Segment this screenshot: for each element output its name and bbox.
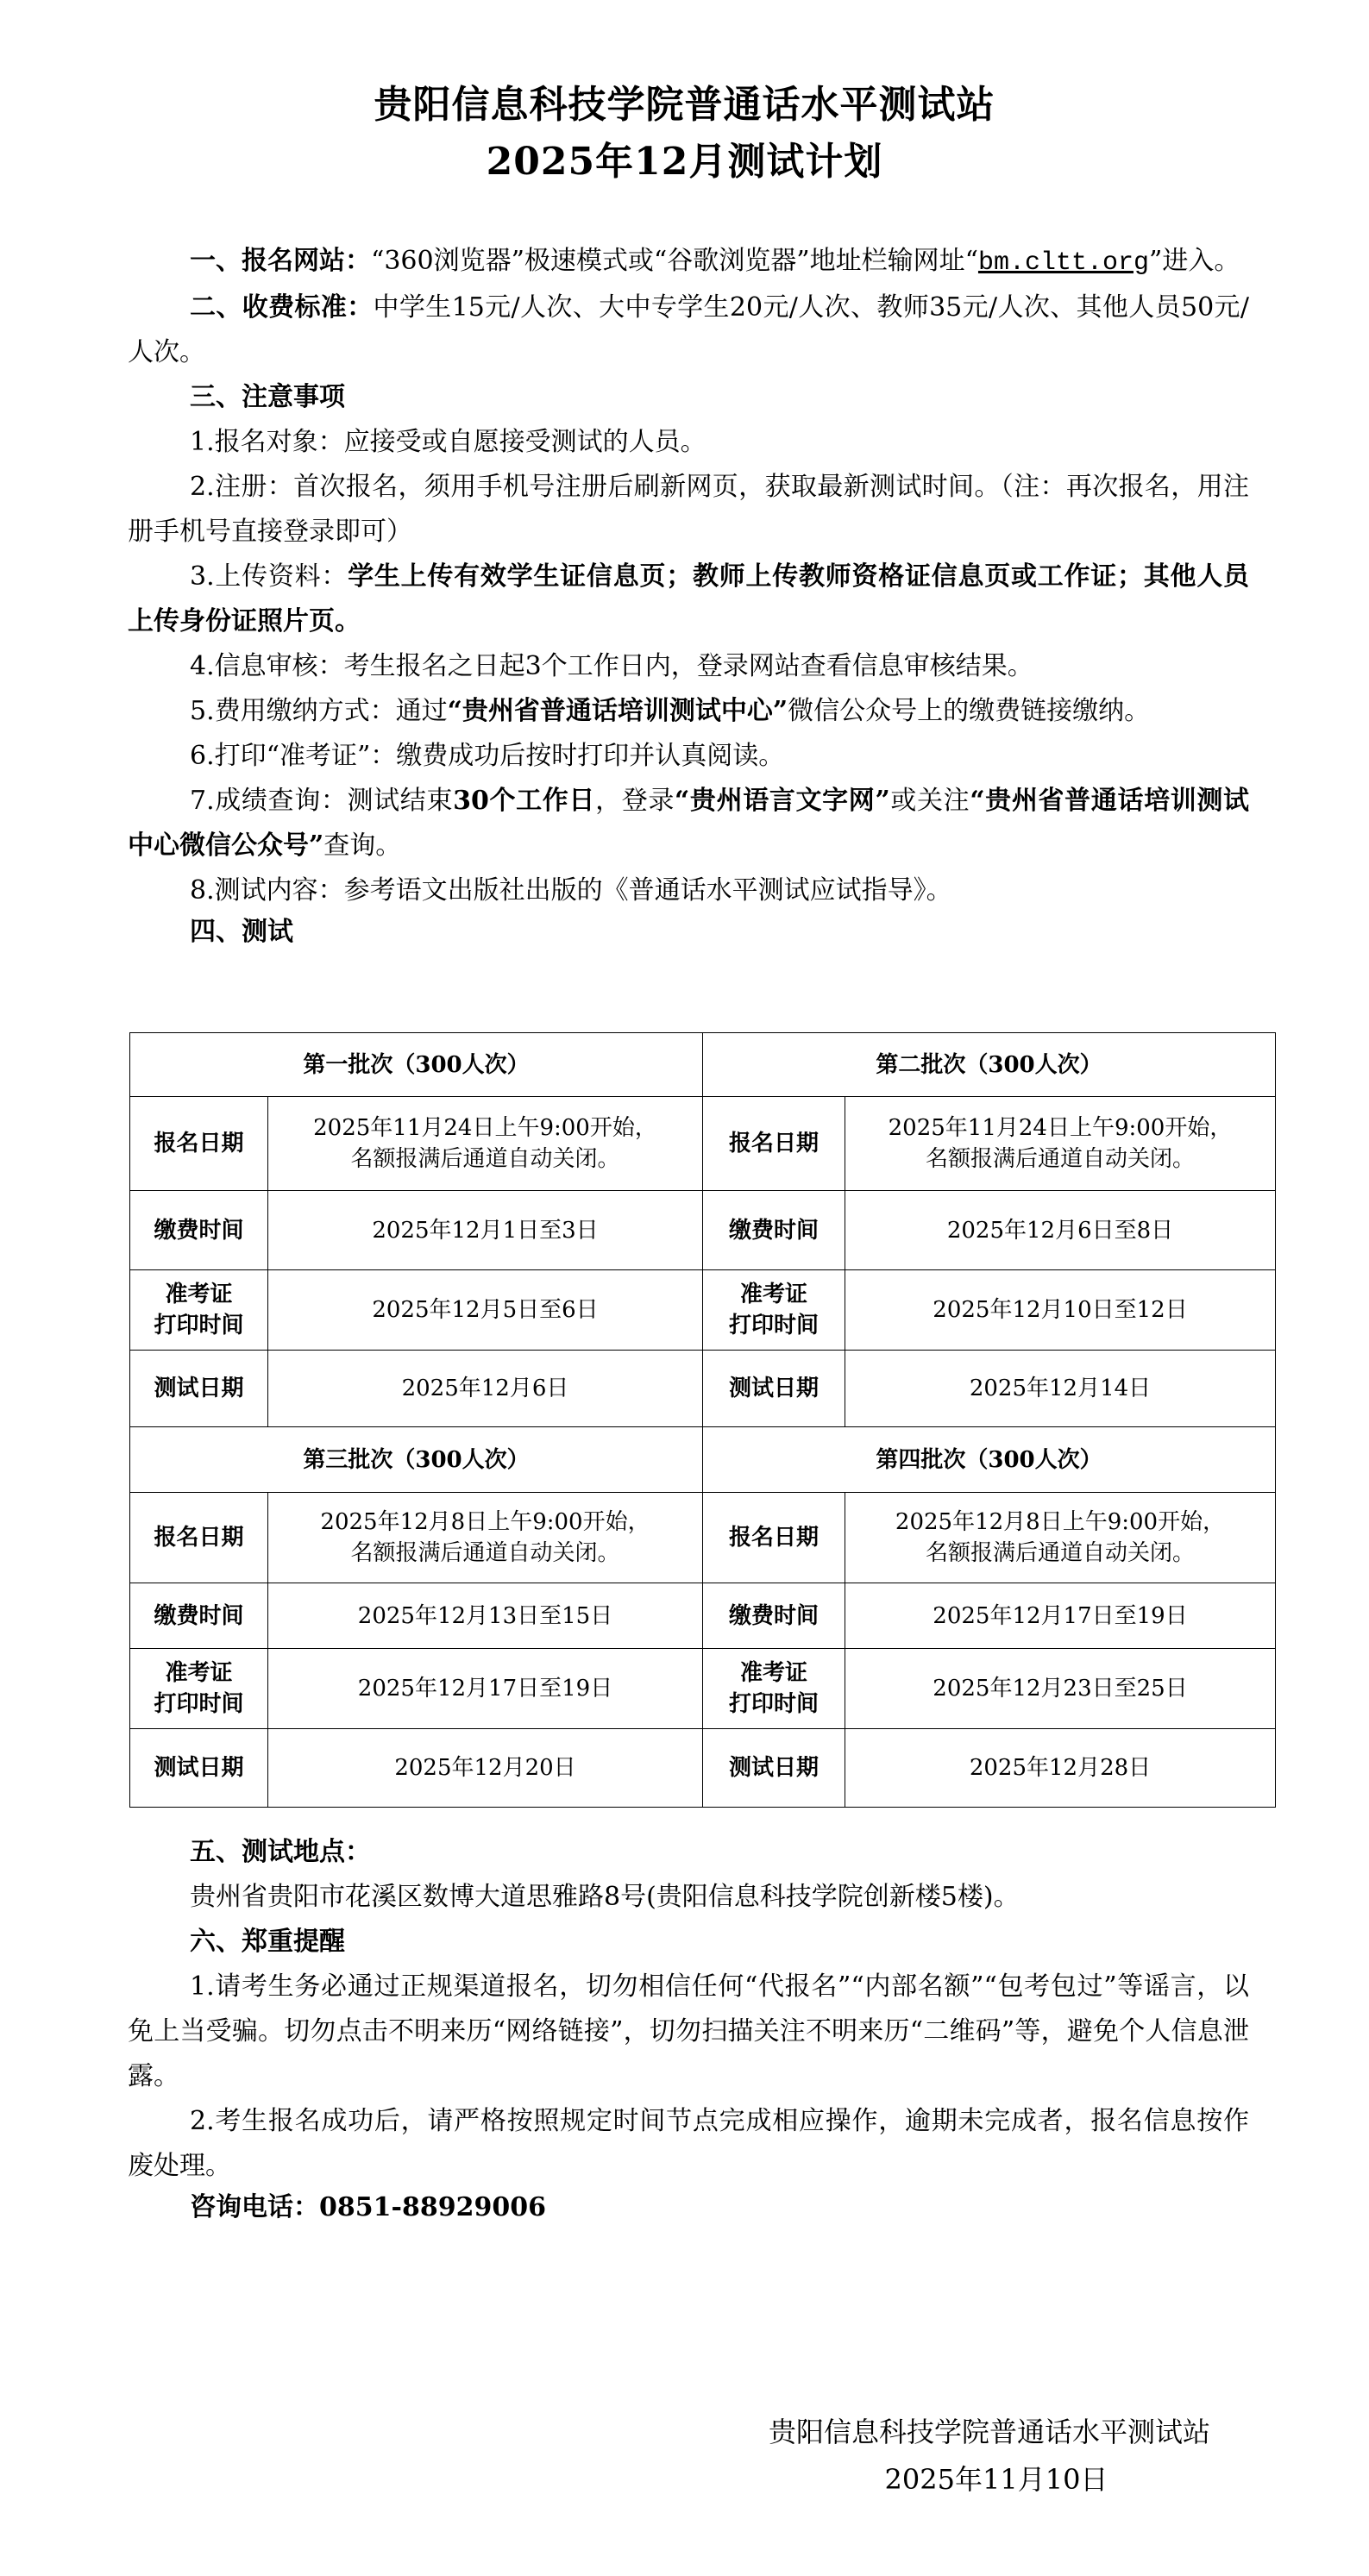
batch-4-register: 2025年12月8日上午9:00开始，名额报满后通道自动关闭。 (845, 1493, 1276, 1583)
contact-phone: 咨询电话：0851-88929006 (128, 2189, 1249, 2227)
notice-item-8: 8.测试内容：参考语文出版社出版的《普通话水平测试应试指导》。 (128, 868, 1249, 913)
notice-item-4: 4.信息审核：考生报名之日起3个工作日内，登录网站查看信息审核结果。 (128, 644, 1249, 689)
label-test: 测试日期 (703, 1351, 845, 1427)
label-print: 准考证打印时间 (130, 1649, 268, 1729)
batch-4-print: 2025年12月23日至25日 (845, 1649, 1276, 1729)
section-1-registration-site: 一、报名网站：“360浏览器”极速模式或“谷歌浏览器”地址栏输网址“bm.clt… (128, 239, 1249, 285)
label-print: 准考证打印时间 (130, 1270, 268, 1351)
body-section-1-3: 一、报名网站：“360浏览器”极速模式或“谷歌浏览器”地址栏输网址“bm.clt… (128, 239, 1249, 951)
section-2-heading: 二、收费标准： (190, 292, 374, 323)
section-3-heading: 三、注意事项 (128, 375, 1249, 420)
label-payment: 缴费时间 (703, 1191, 845, 1270)
batch-2-payment: 2025年12月6日至8日 (845, 1191, 1276, 1270)
label-print: 准考证打印时间 (703, 1649, 845, 1729)
label-test: 测试日期 (130, 1351, 268, 1427)
batch-1-test: 2025年12月6日 (268, 1351, 703, 1427)
batch-3-register: 2025年12月8日上午9:00开始，名额报满后通道自动关闭。 (268, 1493, 703, 1583)
label-test: 测试日期 (703, 1729, 845, 1808)
batch-2-header: 第二批次（300人次） (703, 1033, 1276, 1097)
label-register: 报名日期 (703, 1493, 845, 1583)
notice-item-1: 1.报名对象：应接受或自愿接受测试的人员。 (128, 420, 1249, 465)
batch-2-print: 2025年12月10日至12日 (845, 1270, 1276, 1351)
registration-link[interactable]: bm.cltt.org (978, 248, 1149, 278)
section-6-heading: 六、郑重提醒 (128, 1920, 1249, 1965)
batch-3-header: 第三批次（300人次） (130, 1427, 703, 1493)
batch-3-test: 2025年12月20日 (268, 1729, 703, 1808)
body-section-5-6: 五、测试地点： 贵州省贵阳市花溪区数博大道思雅路8号(贵阳信息科技学院创新楼5楼… (128, 1830, 1249, 2227)
test-location-address: 贵州省贵阳市花溪区数博大道思雅路8号(贵阳信息科技学院创新楼5楼)。 (128, 1875, 1249, 1920)
batch-2-register: 2025年11月24日上午9:00开始，名额报满后通道自动关闭。 (845, 1097, 1276, 1191)
notice-item-5: 5.费用缴纳方式：通过“贵州省普通话培训测试中心”微信公众号上的缴费链接缴纳。 (128, 689, 1249, 734)
label-payment: 缴费时间 (130, 1191, 268, 1270)
batch-4-payment: 2025年12月17日至19日 (845, 1583, 1276, 1649)
batch-1-register: 2025年11月24日上午9:00开始，名额报满后通道自动关闭。 (268, 1097, 703, 1191)
section-1-heading: 一、报名网站： (190, 246, 371, 276)
label-register: 报名日期 (130, 1097, 268, 1191)
batch-4-test: 2025年12月28日 (845, 1729, 1276, 1808)
label-print: 准考证打印时间 (703, 1270, 845, 1351)
label-register: 报名日期 (703, 1097, 845, 1191)
batch-1-print: 2025年12月5日至6日 (268, 1270, 703, 1351)
signature-date: 2025年11月10日 (854, 2458, 1139, 2501)
batch-3-print: 2025年12月17日至19日 (268, 1649, 703, 1729)
document-title: 贵阳信息科技学院普通话水平测试站 (0, 79, 1369, 131)
batch-1-header: 第一批次（300人次） (130, 1033, 703, 1097)
notice-item-3: 3.上传资料：学生上传有效学生证信息页；教师上传教师资格证信息页或工作证；其他人… (128, 555, 1249, 644)
batch-4-header: 第四批次（300人次） (703, 1427, 1276, 1493)
reminder-item-2: 2.考生报名成功后，请严格按照规定时间节点完成相应操作，逾期未完成者，报名信息按… (128, 2099, 1249, 2189)
label-payment: 缴费时间 (703, 1583, 845, 1649)
batch-3-payment: 2025年12月13日至15日 (268, 1583, 703, 1649)
signature-organization: 贵阳信息科技学院普通话水平测试站 (716, 2410, 1263, 2454)
label-test: 测试日期 (130, 1729, 268, 1808)
notice-item-2: 2.注册：首次报名，须用手机号注册后刷新网页，获取最新测试时间。（注：再次报名，… (128, 465, 1249, 555)
batch-1-payment: 2025年12月1日至3日 (268, 1191, 703, 1270)
section-5-heading: 五、测试地点： (128, 1830, 1249, 1875)
test-schedule-table: 第一批次（300人次） 第二批次（300人次） 报名日期 2025年11月24日… (129, 1032, 1276, 1808)
batch-2-test: 2025年12月14日 (845, 1351, 1276, 1427)
notice-item-7: 7.成绩查询：测试结束30个工作日，登录“贵州语言文字网”或关注“贵州省普通话培… (128, 779, 1249, 868)
section-2-fees: 二、收费标准：中学生15元/人次、大中专学生20元/人次、教师35元/人次、其他… (128, 285, 1249, 375)
notice-item-6: 6.打印“准考证”：缴费成功后按时打印并认真阅读。 (128, 734, 1249, 779)
label-register: 报名日期 (130, 1493, 268, 1583)
reminder-item-1: 1.请考生务必通过正规渠道报名，切勿相信任何“代报名”“内部名额”“包考包过”等… (128, 1965, 1249, 2099)
label-payment: 缴费时间 (130, 1583, 268, 1649)
section-4-heading: 四、测试 (128, 913, 1249, 951)
document-subtitle: 2025年12月测试计划 (0, 136, 1369, 188)
